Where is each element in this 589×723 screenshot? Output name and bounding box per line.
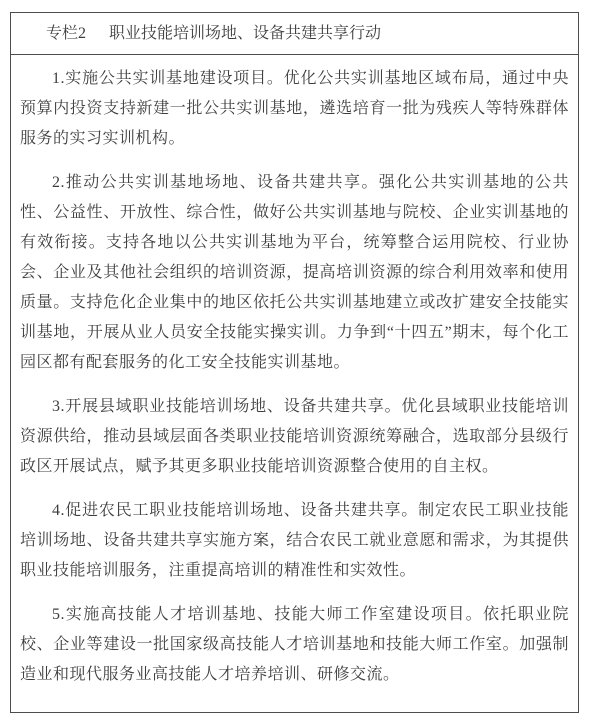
column-number-label: 专栏2 [46, 24, 86, 44]
paragraph-2: 2.推动公共实训基地场地、设备共建共享。强化公共实训基地的公共性、公益性、开放性… [20, 168, 569, 378]
paragraph-5: 5.实施高技能人才培训基地、技能大师工作室建设项目。依托职业院校、企业等建设一批… [20, 600, 569, 690]
document-page: 专栏2 职业技能培训场地、设备共建共享行动 1.实施公共实训基地建设项目。优化公… [0, 0, 589, 723]
panel-body: 1.实施公共实训基地建设项目。优化公共实训基地区域布局，通过中央预算内投资支持新… [11, 55, 578, 708]
paragraph-3: 3.开展县域职业技能培训场地、设备共建共享。优化县域职业技能培训资源供给，推动县… [20, 392, 569, 482]
paragraph-4: 4.促进农民工职业技能培训场地、设备共建共享。制定农民工职业技能培训场地、设备共… [20, 496, 569, 586]
paragraph-1: 1.实施公共实训基地建设项目。优化公共实训基地区域布局，通过中央预算内投资支持新… [20, 64, 569, 154]
panel-header: 专栏2 职业技能培训场地、设备共建共享行动 [11, 13, 578, 55]
column-title: 职业技能培训场地、设备共建共享行动 [109, 24, 381, 44]
column-panel: 专栏2 职业技能培训场地、设备共建共享行动 1.实施公共实训基地建设项目。优化公… [10, 12, 579, 713]
